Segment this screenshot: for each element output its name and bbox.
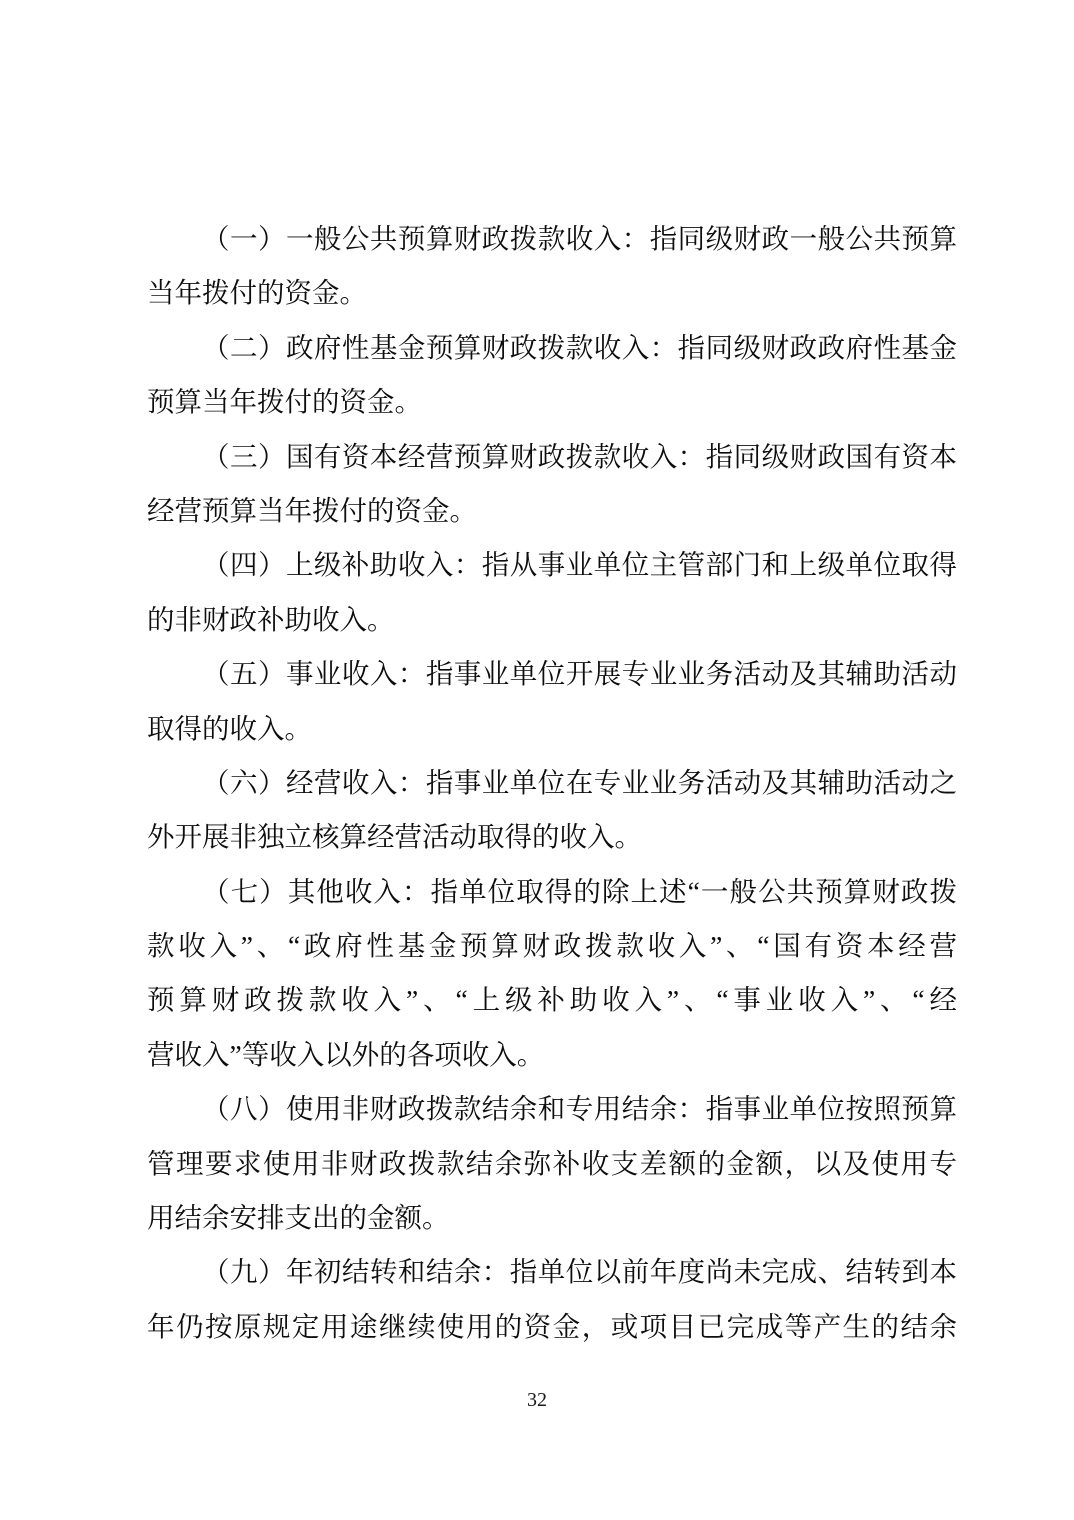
item-4-superior-subsidy-income: （四）上级补助收入：指从事业单位主管部门和上级单位取得的非财政补助收入。 [147, 538, 957, 647]
text-line: （二）政府性基金预算财政拨款收入：指同级财政政府性基金 [147, 321, 957, 375]
text-line: （七）其他收入：指单位取得的除上述“一般公共预算财政拨 [147, 865, 957, 919]
item-8-use-of-non-fiscal-appropriation-surplus-and-special-surplus: （八）使用非财政拨款结余和专用结余：指事业单位按照预算管理要求使用非财政拨款结余… [147, 1082, 957, 1245]
text-line: （三）国有资本经营预算财政拨款收入：指同级财政国有资本 [147, 430, 957, 484]
text-line: 管理要求使用非财政拨款结余弥补收支差额的金额，以及使用专 [147, 1137, 957, 1191]
text-line: 的非财政补助收入。 [147, 593, 957, 647]
page-number: 32 [0, 1386, 1074, 1414]
text-line: 经营预算当年拨付的资金。 [147, 484, 957, 538]
text-line: 款收入”、“政府性基金预算财政拨款收入”、“国有资本经营 [147, 919, 957, 973]
text-line: 预算财政拨款收入”、“上级补助收入”、“事业收入”、“经 [147, 973, 957, 1027]
text-line: 当年拨付的资金。 [147, 266, 957, 320]
text-line: （一）一般公共预算财政拨款收入：指同级财政一般公共预算 [147, 212, 957, 266]
text-line: （六）经营收入：指事业单位在专业业务活动及其辅助活动之 [147, 756, 957, 810]
item-3-state-capital-operation-budget-appropriation-income: （三）国有资本经营预算财政拨款收入：指同级财政国有资本经营预算当年拨付的资金。 [147, 430, 957, 539]
item-9-beginning-of-year-carryover-and-surplus: （九）年初结转和结余：指单位以前年度尚未完成、结转到本年仍按原规定用途继续使用的… [147, 1245, 957, 1354]
text-line: 营收入”等收入以外的各项收入。 [147, 1028, 957, 1082]
item-6-operating-income: （六）经营收入：指事业单位在专业业务活动及其辅助活动之外开展非独立核算经营活动取… [147, 756, 957, 865]
item-1-general-public-budget-appropriation-income: （一）一般公共预算财政拨款收入：指同级财政一般公共预算当年拨付的资金。 [147, 212, 957, 321]
text-line: （五）事业收入：指事业单位开展专业业务活动及其辅助活动 [147, 647, 957, 701]
item-5-institutional-income: （五）事业收入：指事业单位开展专业业务活动及其辅助活动取得的收入。 [147, 647, 957, 756]
document-body: （一）一般公共预算财政拨款收入：指同级财政一般公共预算当年拨付的资金。（二）政府… [147, 212, 957, 1354]
text-line: 用结余安排支出的金额。 [147, 1191, 957, 1245]
text-line: （四）上级补助收入：指从事业单位主管部门和上级单位取得 [147, 538, 957, 592]
text-line: 年仍按原规定用途继续使用的资金，或项目已完成等产生的结余 [147, 1300, 957, 1354]
text-line: 取得的收入。 [147, 702, 957, 756]
document-page: （一）一般公共预算财政拨款收入：指同级财政一般公共预算当年拨付的资金。（二）政府… [0, 0, 1074, 1520]
text-line: 外开展非独立核算经营活动取得的收入。 [147, 810, 957, 864]
item-2-government-fund-budget-appropriation-income: （二）政府性基金预算财政拨款收入：指同级财政政府性基金预算当年拨付的资金。 [147, 321, 957, 430]
text-line: （八）使用非财政拨款结余和专用结余：指事业单位按照预算 [147, 1082, 957, 1136]
item-7-other-income: （七）其他收入：指单位取得的除上述“一般公共预算财政拨款收入”、“政府性基金预算… [147, 865, 957, 1083]
text-line: （九）年初结转和结余：指单位以前年度尚未完成、结转到本 [147, 1245, 957, 1299]
text-line: 预算当年拨付的资金。 [147, 375, 957, 429]
